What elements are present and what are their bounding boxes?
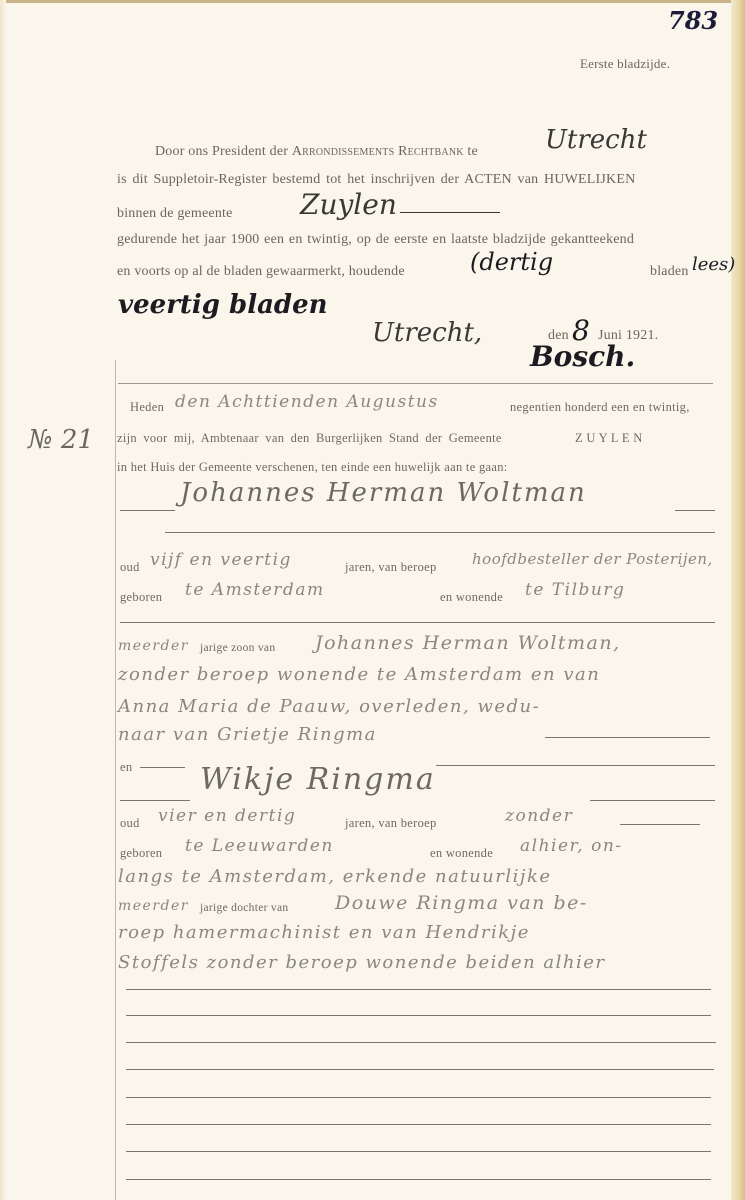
act-number-label: №: [28, 425, 53, 455]
blank-line-4: [126, 1069, 714, 1070]
groom-parents-line-3: Anna Maria de Paauw, overleden, wedu-: [118, 696, 540, 717]
blank-line-8: [126, 1179, 711, 1180]
cert-line-5-prefix: en voorts op al de bladen gewaarmerkt, h…: [117, 264, 405, 280]
groom-parents-tail-rule: [545, 737, 710, 738]
bride-jaren-label: jaren, van beroep: [345, 816, 437, 831]
cert-te: te: [467, 144, 478, 159]
act-line-3: in het Huis der Gemeente verschenen, ten…: [117, 460, 508, 475]
cert-correction-lees: lees): [692, 254, 735, 275]
groom-rule-3: [120, 622, 715, 623]
groom-father: Johannes Herman Woltman,: [315, 632, 621, 654]
act-number-value: 21: [61, 425, 94, 455]
groom-name: Johannes Herman Woltman: [180, 478, 587, 508]
bride-age: vier en dertig: [158, 806, 296, 826]
margin-rule: [115, 360, 116, 1200]
cert-place: Utrecht,: [372, 318, 482, 348]
bride-birthplace: te Leeuwarden: [185, 836, 334, 856]
cert-page-count: (dertig: [470, 248, 553, 276]
groom-status: meerder: [118, 638, 189, 654]
bride-residence: alhier, on-: [520, 836, 623, 856]
groom-occupation: hoofdbesteller der Posterijen,: [472, 550, 713, 568]
cert-line-5-suffix: bladen: [650, 264, 689, 280]
groom-lead-rule: [120, 510, 175, 511]
groom-birthplace: te Amsterdam: [185, 580, 325, 600]
act-date: den Achttienden Augustus: [175, 392, 439, 412]
cert-municipality: Zuylen: [300, 188, 397, 221]
blank-line-3: [126, 1042, 716, 1043]
bride-oud-label: oud: [120, 816, 140, 831]
bride-parents-line-3: Stoffels zonder beroep wonende beiden al…: [118, 952, 606, 973]
bride-line-2: langs te Amsterdam, erkende natuurlijke: [118, 866, 552, 887]
page-binding-edge: [731, 0, 745, 1200]
page-top-edge: [0, 0, 745, 3]
cert-city: Utrecht: [545, 125, 647, 155]
bride-wonende-label: en wonende: [430, 846, 493, 861]
cert-prefix: Door ons President der: [155, 144, 288, 159]
register-page: 783 Eerste bladzijde. Door ons President…: [0, 0, 745, 1200]
groom-wonende-label: en wonende: [440, 590, 503, 605]
page-left-shade: [0, 0, 6, 1200]
bride-lead-rule-2: [120, 800, 190, 801]
groom-tail-rule: [675, 510, 715, 511]
page-number: 783: [668, 6, 718, 35]
bride-status: meerder: [118, 898, 189, 914]
bride-tail-rule: [590, 800, 715, 801]
act-line-2: zijn voor mij, Ambtenaar van den Burgerl…: [117, 431, 502, 446]
blank-line-7: [126, 1151, 711, 1152]
bride-daughter-label: jarige dochter van: [200, 902, 288, 914]
page-label: Eerste bladzijde.: [580, 56, 670, 72]
bride-lead-rule-1: [140, 767, 185, 768]
groom-parents-line-2: zonder beroep wonende te Amsterdam en va…: [118, 664, 600, 685]
cert-line-2: is dit Suppletoir-Register bestemd tot h…: [117, 172, 635, 188]
bride-father: Douwe Ringma van be-: [335, 892, 588, 914]
cert-line-4: gedurende het jaar 1900 een en twintig, …: [117, 232, 634, 248]
bride-occupation-rule: [620, 824, 700, 825]
cert-court: Arrondissements Rechtbank: [292, 144, 464, 159]
bride-occupation: zonder: [505, 806, 573, 826]
president-signature: Bosch.: [530, 340, 635, 373]
bride-geboren-label: geboren: [120, 846, 162, 861]
heden-label: Heden: [130, 400, 164, 415]
groom-age: vijf en veertig: [150, 550, 292, 570]
groom-geboren-label: geboren: [120, 590, 162, 605]
blank-line-6: [126, 1124, 711, 1125]
act-year: negentien honderd een en twintig,: [510, 400, 690, 415]
blank-line-2: [126, 1015, 711, 1016]
blank-line-1: [126, 989, 711, 990]
blank-line-5: [126, 1097, 711, 1098]
cert-municipality-dash: [400, 212, 500, 213]
en-label: en: [120, 760, 132, 775]
cert-correction-veertig: veertig bladen: [118, 290, 328, 320]
groom-jaren-label: jaren, van beroep: [345, 560, 437, 575]
bride-name: Wikje Ringma: [200, 762, 436, 797]
groom-residence: te Tilburg: [525, 580, 625, 600]
groom-oud-label: oud: [120, 560, 140, 575]
form-top-rule: [118, 383, 713, 384]
cert-line-3-prefix: binnen de gemeente: [117, 206, 233, 222]
cert-line-1: Door ons President der Arrondissements R…: [155, 144, 478, 160]
bride-parents-line-2: roep hamermachinist en van Hendrikje: [118, 922, 530, 943]
act-number: № 21: [28, 425, 94, 455]
groom-son-label: jarige zoon van: [200, 642, 275, 654]
groom-name-rule-2: [165, 532, 715, 533]
groom-parents-line-4: naar van Grietje Ringma: [118, 724, 377, 745]
act-gemeente: Z U Y L E N: [575, 431, 643, 446]
